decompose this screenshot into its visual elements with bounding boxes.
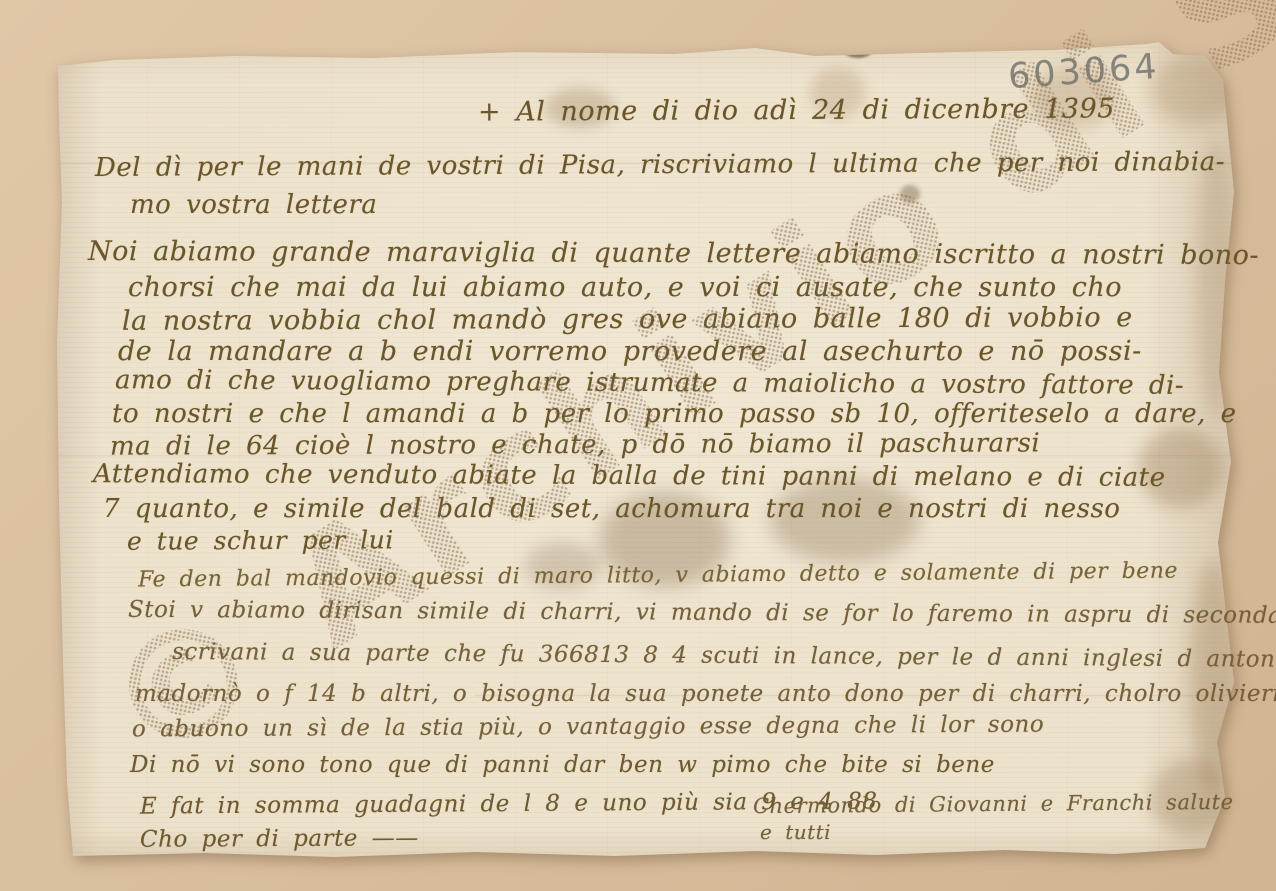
handwriting-line: Stoi v abiamo dirisan simile di charri, … [128,597,1276,629]
handwriting-line: o abuono un sì de la stia più, o vantagg… [132,712,1044,743]
handwriting-line: to nostri e che l amandi a b per lo prim… [112,399,1237,429]
handwriting-line: Del dì per le mani de vostri di Pisa, ri… [95,147,1225,183]
handwriting-line: Fe den bal mandovio quessi di maro litto… [138,558,1178,592]
handwriting-line: chorsi che mai da lui abiamo auto, e voi… [128,272,1122,303]
handwriting-line: e tue schur per lui [127,525,394,555]
handwriting-layer: + Al nome di dio adì 24 di dicenbre 1395… [0,0,1276,891]
handwriting-line: Chermondo di Giovanni e Franchi salute [753,790,1234,818]
handwriting-line: de la mandare a b endi vorremo provedere… [118,336,1142,367]
handwriting-line: Cho per di parte —— [140,825,419,852]
heading-line: + Al nome di dio adì 24 di dicenbre 1395 [478,93,1115,127]
handwriting-line: Di nō vi sono tono que di panni dar ben … [130,752,995,778]
handwriting-line: ma di le 64 cioè l nostro e chate, p dō … [110,428,1040,461]
scan-canvas: + Al nome di dio adì 24 di dicenbre 1395… [0,0,1276,891]
handwriting-line: Attendiamo che venduto abiate la balla d… [93,459,1166,493]
handwriting-line: la nostra vobbia chol mandò gres ove abi… [122,302,1133,337]
handwriting-line: e tutti [760,820,831,844]
handwriting-line: 7 quanto, e simile del bald di set, acho… [103,494,1120,524]
handwriting-line: mo vostra lettera [130,190,377,220]
handwriting-line: madornò o f 14 b altri, o bisogna la sua… [135,681,1276,707]
handwriting-line: scrivani a sua parte che fu 366813 8 4 s… [172,639,1276,673]
handwriting-line: amo di che vuogliamo preghare istrumate … [115,365,1184,401]
handwriting-line: Noi abiamo grande maraviglia di quante l… [88,236,1259,271]
